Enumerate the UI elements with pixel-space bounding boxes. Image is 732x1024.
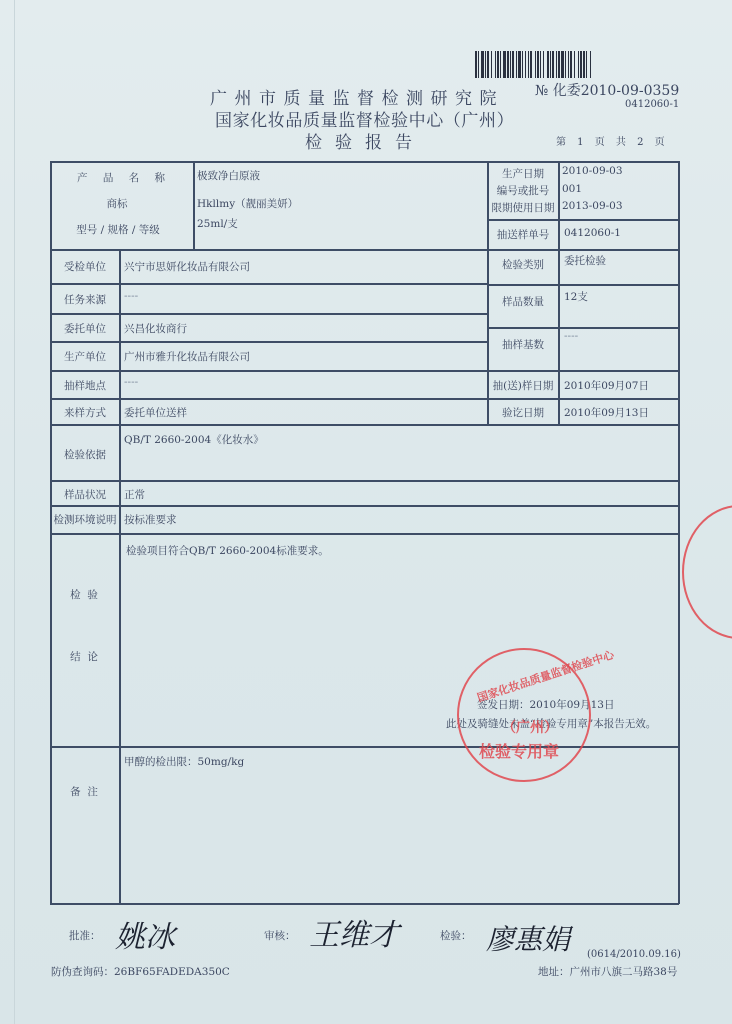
- expiry-value: 2013-09-03: [562, 200, 623, 212]
- stamp-middle-text: （广州）: [502, 717, 558, 737]
- basis-label: 检验依据: [64, 447, 106, 462]
- approve-signature: 姚冰: [115, 912, 175, 956]
- conclusion-label-2: 结 论: [70, 649, 98, 664]
- basis-value: QB/T 2660-2004《化妆水》: [124, 432, 264, 447]
- table-border-top: [50, 161, 679, 163]
- review-signature: 王维才: [309, 910, 399, 954]
- divider: [50, 746, 679, 748]
- sampling-date-label: 抽(送)样日期: [493, 378, 554, 393]
- sampling-date-value: 2010年09月07日: [564, 378, 649, 393]
- sample-qty-label: 样品数量: [502, 294, 544, 309]
- brand-label: 商标: [107, 196, 128, 211]
- environment-value: 按标准要求: [124, 512, 177, 527]
- product-name-label: 产 品 名 称: [77, 170, 171, 185]
- sample-number-value: 0412060-1: [564, 227, 621, 239]
- sampling-method-label: 来样方式: [64, 405, 106, 420]
- spec-label: 型号 / 规格 / 等级: [76, 222, 159, 237]
- approve-label: 批准：: [69, 928, 101, 943]
- divider: [50, 370, 679, 372]
- client-value: 兴昌化妆商行: [124, 321, 187, 336]
- completion-date-label: 验讫日期: [502, 405, 544, 420]
- inspect-signature: 廖惠娟: [486, 918, 570, 958]
- review-label: 审核：: [264, 928, 296, 943]
- inspect-label: 检验：: [440, 928, 472, 943]
- remarks-label: 备 注: [70, 784, 98, 799]
- sampling-base-label: 抽样基数: [502, 337, 544, 352]
- form-code: (0614/2010.09.16): [587, 949, 681, 960]
- production-date-value: 2010-09-03: [562, 165, 623, 177]
- divider: [50, 505, 679, 507]
- sampling-base-value: ----: [564, 330, 578, 342]
- report-page: 广州市质量监督检测研究院 国家化妆品质量监督检验中心（广州） 检验报告 № 化委…: [0, 0, 732, 1024]
- task-source-label: 任务来源: [64, 292, 106, 307]
- sampling-place-label: 抽样地点: [64, 378, 106, 393]
- divider: [193, 161, 195, 249]
- sample-status-value: 正常: [124, 487, 145, 502]
- product-name-value: 极致净白原液: [197, 168, 260, 183]
- producer-label: 生产单位: [64, 349, 106, 364]
- divider: [50, 313, 487, 315]
- divider: [50, 249, 679, 251]
- inspected-unit-label: 受检单位: [64, 259, 106, 274]
- task-source-value: ----: [124, 290, 138, 302]
- divider: [487, 161, 489, 424]
- address: 地址：广州市八旗二马路38号: [538, 964, 677, 979]
- expiry-label: 限期使用日期: [492, 200, 555, 215]
- client-label: 委托单位: [64, 321, 106, 336]
- sample-number-label: 抽送样单号: [497, 227, 550, 242]
- completion-date-value: 2010年09月13日: [564, 405, 649, 420]
- inspection-type-label: 检验类别: [502, 257, 544, 272]
- table-border-bottom: [50, 903, 679, 905]
- stamp-bottom-text: 检验专用章: [479, 739, 559, 762]
- brand-value: Hkllmy（靓丽美妍）: [197, 196, 298, 211]
- divider: [119, 249, 121, 904]
- remarks-text: 甲醇的检出限：50mg/kg: [124, 754, 244, 769]
- divider: [487, 284, 679, 286]
- divider: [50, 398, 679, 400]
- divider: [487, 219, 679, 221]
- sampling-place-value: ----: [124, 376, 138, 388]
- divider: [50, 424, 679, 426]
- sample-status-label: 样品状况: [64, 487, 106, 502]
- sampling-method-value: 委托单位送样: [124, 405, 187, 420]
- producer-value: 广州市雅升化妆品有限公司: [124, 349, 250, 364]
- production-date-label: 生产日期: [502, 166, 544, 181]
- divider: [50, 341, 487, 343]
- batch-value: 001: [562, 183, 582, 195]
- inspected-unit-value: 兴宁市思妍化妆品有限公司: [124, 259, 250, 274]
- spec-value: 25ml/支: [197, 216, 238, 231]
- divider: [50, 533, 679, 535]
- divider: [487, 327, 679, 329]
- sample-qty-value: 12支: [564, 289, 588, 304]
- anti-fake-code: 防伪查询码：26BF65FADEDA350C: [51, 964, 230, 979]
- divider: [558, 161, 560, 424]
- divider: [50, 480, 679, 482]
- batch-label: 编号或批号: [497, 183, 550, 198]
- environment-label: 检测环境说明: [54, 512, 117, 527]
- divider: [50, 283, 487, 285]
- conclusion-text: 检验项目符合QB/T 2660-2004标准要求。: [126, 543, 329, 558]
- conclusion-label-1: 检 验: [70, 587, 98, 602]
- inspection-type-value: 委托检验: [564, 253, 606, 268]
